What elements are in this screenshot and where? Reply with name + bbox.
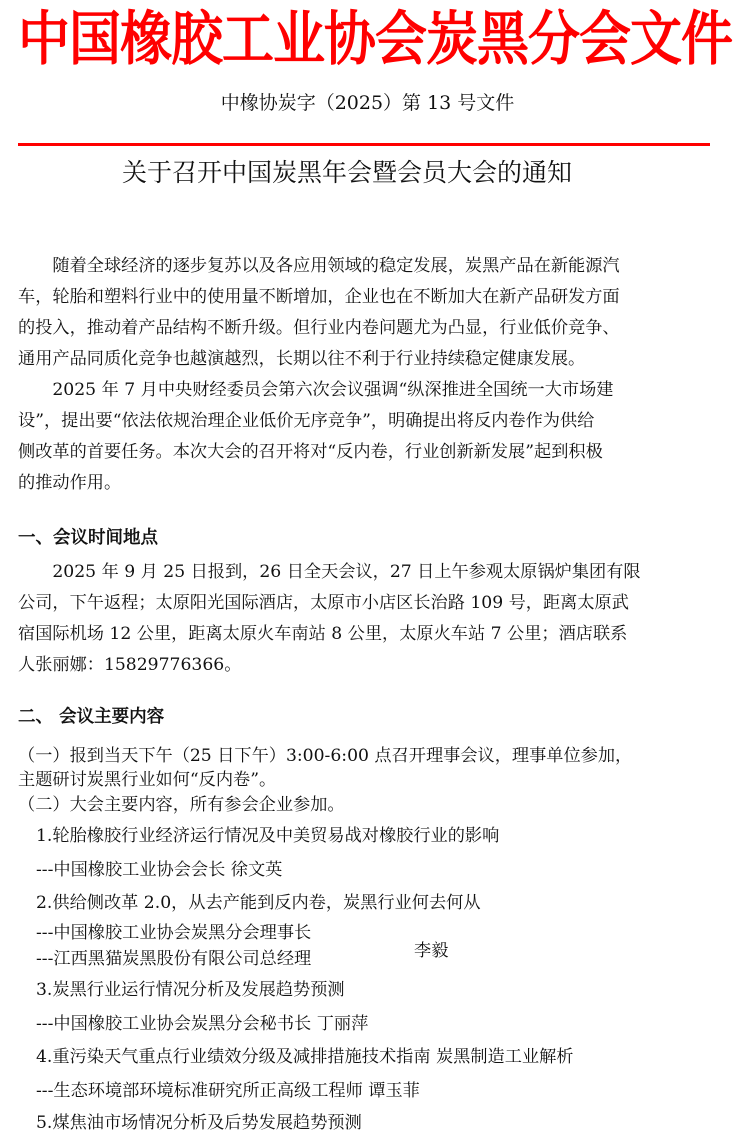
- text-line: 的投入，推动着产品结构不断升级。但行业内卷问题尤为凸显，行业低价竞争、: [18, 313, 718, 344]
- agenda-topic-4: 4.重污染天气重点行业绩效分级及减排措施技术指南 炭黑制造工业解析: [36, 1044, 574, 1070]
- agenda-speaker-2-name: 李毅: [414, 938, 448, 964]
- text-line: 2025 年 9 月 25 日报到，26 日全天会议，27 日上午参观太原锅炉集…: [18, 557, 718, 588]
- sub-item-1-line-2: 主题研讨炭黑行业如何“反内卷”。: [18, 767, 276, 793]
- notice-title: 关于召开中国炭黑年会暨会员大会的通知: [122, 155, 572, 191]
- text-line: 的推动作用。: [18, 468, 718, 499]
- agenda-speaker-2a: ---中国橡胶工业协会炭黑分会理事长: [36, 920, 311, 946]
- text-line: 通用产品同质化竞争也越演越烈，长期以往不利于行业持续稳定健康发展。: [18, 344, 718, 375]
- intro-paragraph-2: 2025 年 7 月中央财经委员会第六次会议强调“纵深推进全国统一大市场建 设”…: [18, 375, 718, 499]
- agenda-speaker-3: ---中国橡胶工业协会炭黑分会秘书长 丁丽萍: [36, 1011, 368, 1037]
- agenda-speaker-4: ---生态环境部环境标准研究所正高级工程师 谭玉菲: [36, 1078, 420, 1104]
- section-1-heading: 一、会议时间地点: [18, 523, 158, 553]
- document-number: 中橡协炭字（2025）第 13 号文件: [0, 88, 735, 118]
- red-divider: [18, 143, 710, 146]
- agenda-topic-2: 2.供给侧改革 2.0，从去产能到反内卷，炭黑行业何去何从: [36, 890, 481, 916]
- agenda-topic-5: 5.煤焦油市场情况分析及后势发展趋势预测: [36, 1110, 362, 1133]
- masthead-title: 中国橡胶工业协会炭黑分会文件: [18, 2, 718, 78]
- text-line: 人张丽娜：15829776366。: [18, 650, 718, 681]
- agenda-speaker-2b: ---江西黑猫炭黑股份有限公司总经理: [36, 946, 311, 972]
- text-line: 车，轮胎和塑料行业中的使用量不断增加，企业也在不断加大在新产品研发方面: [18, 282, 718, 313]
- intro-paragraph-1: 随着全球经济的逐步复苏以及各应用领域的稳定发展，炭黑产品在新能源汽 车，轮胎和塑…: [18, 251, 718, 375]
- section-2-heading: 二、 会议主要内容: [18, 702, 164, 732]
- text-line: 随着全球经济的逐步复苏以及各应用领域的稳定发展，炭黑产品在新能源汽: [18, 251, 718, 282]
- agenda-topic-3: 3.炭黑行业运行情况分析及发展趋势预测: [36, 977, 345, 1003]
- text-line: 侧改革的首要任务。本次大会的召开将对“反内卷，行业创新新发展”起到积极: [18, 437, 718, 468]
- agenda-topic-1: 1.轮胎橡胶行业经济运行情况及中美贸易战对橡胶行业的影响: [36, 823, 499, 849]
- text-line: 宿国际机场 12 公里，距离太原火车南站 8 公里，太原火车站 7 公里；酒店联…: [18, 619, 718, 650]
- sub-item-2: （二）大会主要内容，所有参会企业参加。: [18, 792, 345, 818]
- section-1-body: 2025 年 9 月 25 日报到，26 日全天会议，27 日上午参观太原锅炉集…: [18, 557, 718, 681]
- text-line: 公司，下午返程；太原阳光国际酒店，太原市小店区长治路 109 号，距离太原武: [18, 588, 718, 619]
- agenda-speaker-1: ---中国橡胶工业协会会长 徐文英: [36, 857, 282, 883]
- text-line: 2025 年 7 月中央财经委员会第六次会议强调“纵深推进全国统一大市场建: [18, 375, 718, 406]
- sub-item-1-line-1: （一）报到当天下午（25 日下午）3:00-6:00 点召开理事会议，理事单位参…: [18, 743, 632, 769]
- text-line: 设”，提出要“依法依规治理企业低价无序竞争”，明确提出将反内卷作为供给: [18, 406, 718, 437]
